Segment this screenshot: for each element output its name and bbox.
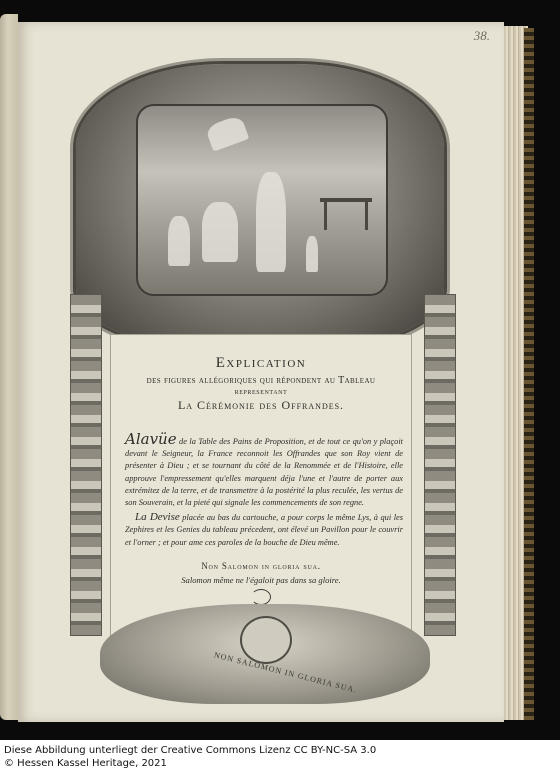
child-figure <box>306 236 318 272</box>
paragraph-2: La Devise placée au bas du cartouche, a … <box>125 511 403 549</box>
fame-angel-figure <box>205 114 250 151</box>
ribbon-motto: NON SALOMON IN GLORIA SUA. <box>213 650 358 694</box>
lily-medallion-icon <box>240 616 292 664</box>
copyright-text: © Hessen Kassel Heritage, 2021 <box>4 757 560 770</box>
book-page: 38. Explication des figures allégoriques… <box>18 22 504 722</box>
title-block: Explication des figures allégoriques qui… <box>111 355 411 413</box>
paragraph-1-lead: Alavüe <box>125 430 177 448</box>
right-trophy-pillar <box>424 294 456 636</box>
device-cartouche: NON SALOMON IN GLORIA SUA. <box>100 604 430 704</box>
flourish-ornament-icon <box>251 589 271 605</box>
france-figure <box>256 172 286 272</box>
explication-text-panel: Explication des figures allégoriques qui… <box>110 334 412 641</box>
title-ceremonie: La Cérémonie des Offrandes. <box>111 398 411 413</box>
title-explication: Explication <box>111 355 411 372</box>
engraving-frame: Explication des figures allégoriques qui… <box>40 44 480 699</box>
allegorical-vignette <box>76 64 444 344</box>
kneeling-figure <box>168 216 190 266</box>
offering-ceremony-scene <box>136 104 388 296</box>
paragraph-2-lead: La Devise <box>135 511 180 523</box>
book-scan-viewer: 38. Explication des figures allégoriques… <box>0 0 560 740</box>
subtitle-line-2: representant <box>111 387 411 396</box>
license-text: Diese Abbildung unterliegt der Creative … <box>4 744 560 757</box>
motto-translation: Salomon même ne l'égaloit pas dans sa gl… <box>111 575 411 585</box>
left-trophy-pillar <box>70 294 102 636</box>
subtitle-line-1: des figures allégoriques qui répondent a… <box>111 374 411 387</box>
paragraph-1-text: de la Table des Pains de Proposition, et… <box>125 437 403 507</box>
paragraph-1: Alavüe de la Table des Pains de Proposit… <box>125 433 403 509</box>
folio-number: 38. <box>474 28 490 44</box>
history-figure <box>202 202 238 262</box>
left-page-edge <box>0 14 18 720</box>
explication-body: Alavüe de la Table des Pains de Proposit… <box>125 433 403 551</box>
table-of-shewbread <box>320 198 372 232</box>
license-footer: Diese Abbildung unterliegt der Creative … <box>0 740 560 779</box>
gilded-binding-edge <box>524 28 534 720</box>
latin-motto: Non Salomon in gloria sua. <box>111 561 411 571</box>
